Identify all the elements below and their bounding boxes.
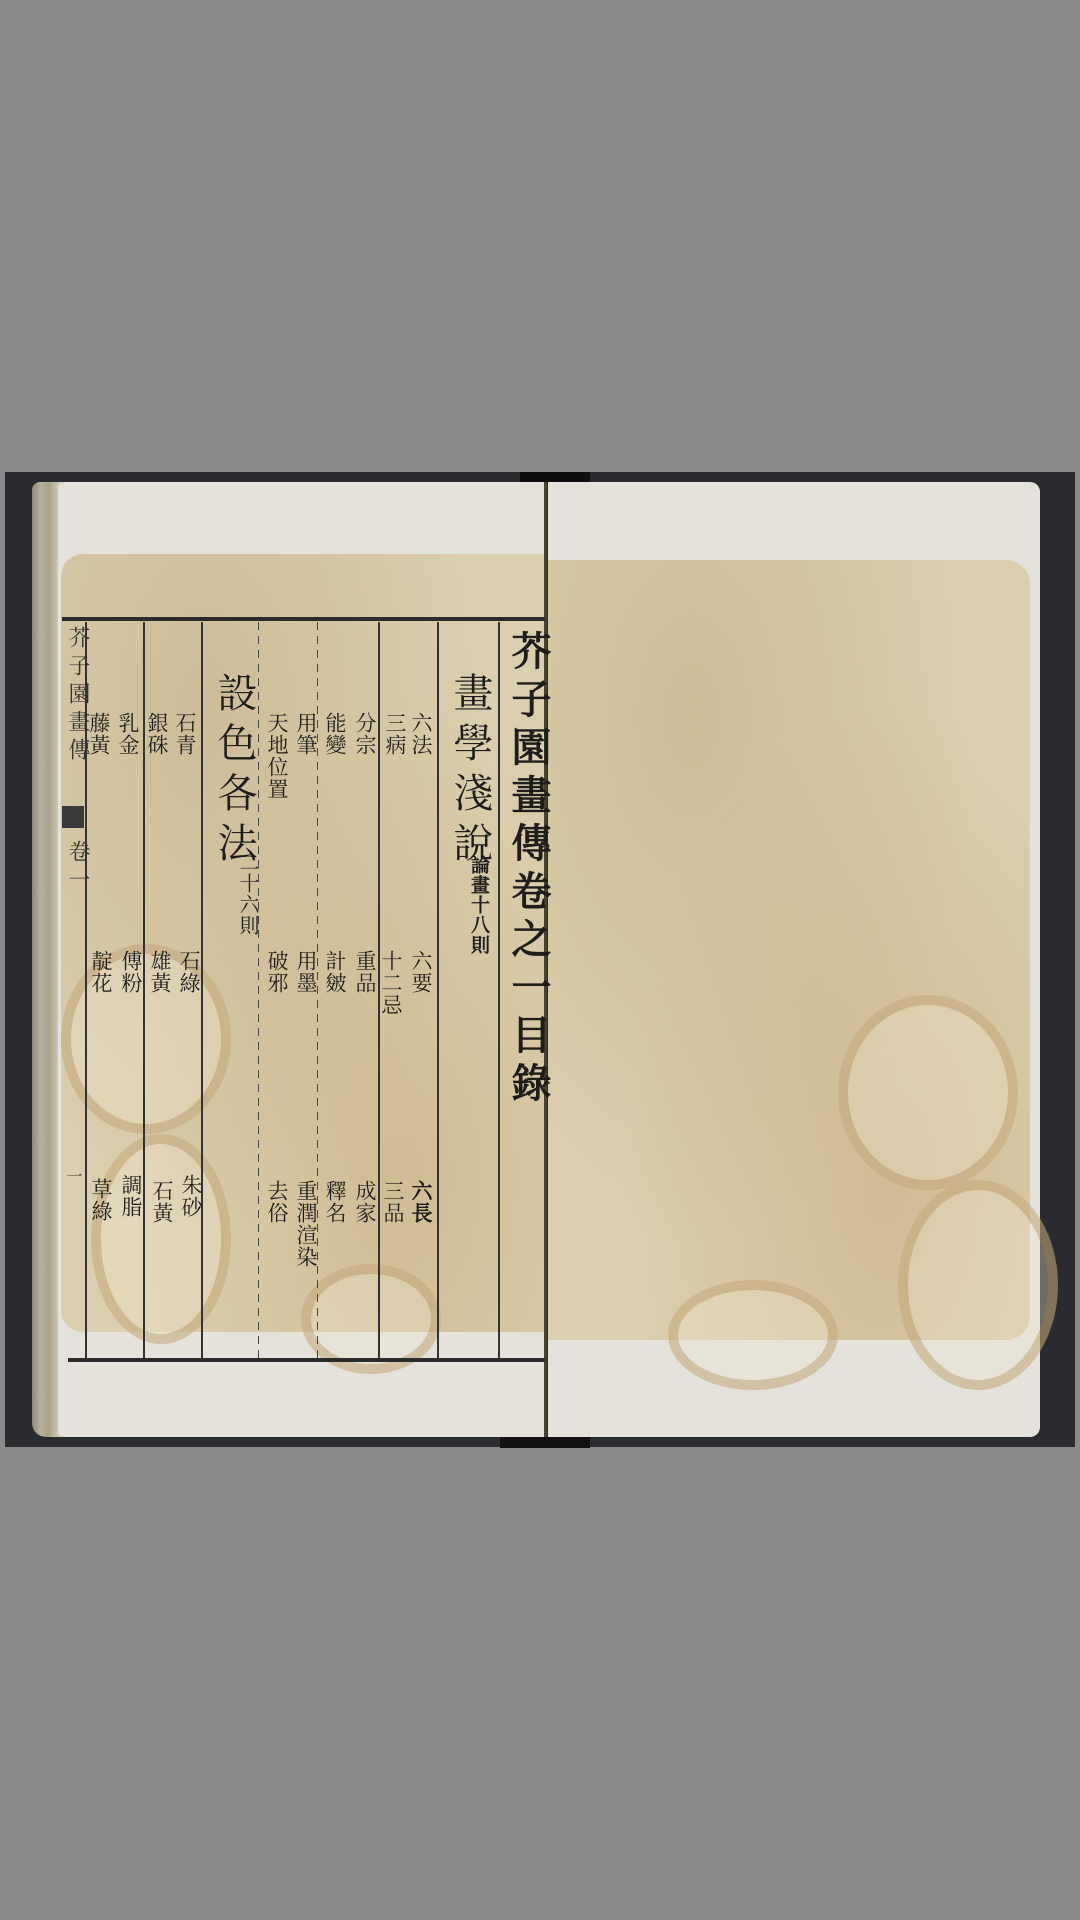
toc-item: 六要: [406, 950, 436, 994]
toc-item: 朱砂: [176, 1174, 206, 1218]
page-number: 一: [62, 1168, 85, 1190]
toc-item: 分宗: [350, 712, 380, 756]
section-heading: 設色各法: [206, 672, 263, 872]
section-heading: 畫學淺說: [442, 672, 499, 872]
toc-item: 重品: [350, 950, 380, 994]
toc-item: 用筆: [291, 712, 321, 756]
column-rule: [437, 622, 439, 1358]
toc-item: 用墨: [291, 950, 321, 994]
toc-item: 六法: [406, 712, 436, 756]
toc-item: 三品: [378, 1180, 408, 1224]
page-title: 芥子園畫傳卷之一目錄: [500, 630, 557, 1110]
frame-rule-top: [62, 617, 545, 621]
toc-item: 傅粉: [116, 950, 146, 994]
frame-rule-bottom: [68, 1358, 545, 1362]
toc-item: 十二忌: [376, 950, 406, 1016]
right-page-paper: [548, 560, 1030, 1340]
toc-item: 銀硃: [142, 712, 172, 756]
water-stain: [898, 1180, 1058, 1390]
toc-item: 天地位置: [262, 712, 292, 800]
toc-item: 石青: [170, 712, 200, 756]
toc-item: 去俗: [262, 1180, 292, 1224]
right-page: [548, 482, 1040, 1437]
toc-item: 能變: [320, 712, 350, 756]
water-stain: [91, 1134, 231, 1344]
toc-item: 計皴: [320, 950, 350, 994]
toc-item: 破邪: [262, 950, 292, 994]
toc-item: 雄黃: [145, 950, 175, 994]
center-fold-volume: 卷一: [62, 840, 93, 896]
water-stain: [838, 995, 1018, 1190]
toc-item: 重潤渲染: [291, 1180, 321, 1268]
toc-item: 石綠: [174, 950, 204, 994]
water-stain: [668, 1280, 838, 1390]
toc-item: 藤黃: [84, 712, 114, 756]
toc-item: 靛花: [86, 950, 116, 994]
toc-item: 成家: [350, 1180, 380, 1224]
section-note: 論畫十八則: [466, 855, 493, 955]
toc-item: 調脂: [116, 1174, 146, 1218]
toc-item: 六長: [406, 1180, 436, 1224]
spine-bottom: [500, 1436, 590, 1448]
toc-item: 釋名: [320, 1180, 350, 1224]
toc-item: 草綠: [86, 1178, 116, 1222]
section-note: 二十六則: [234, 852, 263, 936]
toc-item: 石黃: [147, 1180, 177, 1224]
toc-item: 乳金: [113, 712, 143, 756]
fishtail-mark-icon: [62, 806, 84, 828]
toc-item: 三病: [380, 712, 410, 756]
